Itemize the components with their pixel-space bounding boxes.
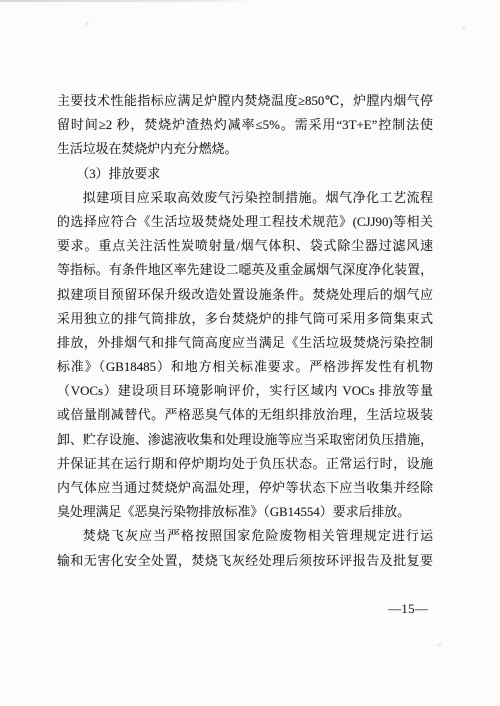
- page-number: —15—: [388, 601, 436, 617]
- scan-speck: [85, 22, 89, 25]
- text-line: 或倍量削减替代。严格恶臭气体的无组织排放治理，生活垃圾装: [57, 403, 433, 427]
- text-line: 排放，外排烟气和排气筒高度应当满足《生活垃圾焚烧污染控制: [57, 331, 433, 355]
- scan-speck: [462, 26, 465, 29]
- text-line: （VOCs）建设项目环境影响评价，实行区域内 VOCs 排放等量: [57, 379, 433, 403]
- text-line: 主要技术性能指标应满足炉膛内焚烧温度≥850℃，炉膛内烟气停: [57, 89, 433, 113]
- section-heading: （3）排放要求: [57, 162, 433, 186]
- text-line: 留时间≥2 秒，焚烧炉渣热灼减率≤5%。需采用“3T+E”控制法使: [57, 113, 433, 137]
- text-line: 的选择应符合《生活垃圾焚烧处理工程技术规范》(CJJ90)等相关: [57, 210, 433, 234]
- text-line: 采用独立的排气筒排放，多台焚烧炉的排气筒可采用多筒集束式: [57, 307, 433, 331]
- text-line: 臭处理满足《恶臭污染物排放标准》（GB14554）要求后排放。: [57, 500, 433, 524]
- text-line: 内气体应当通过焚烧炉高温处理，停炉等状态下应当收集并经除: [57, 476, 433, 500]
- text-line: 输和无害化安全处置，焚烧飞灰经处理后须按环评报告及批复要: [57, 549, 433, 573]
- text-line: 焚烧飞灰应当严格按照国家危险废物相关管理规定进行运: [57, 524, 433, 548]
- text-line: 并保证其在运行期和停炉期均处于负压状态。正常运行时，设施: [57, 452, 433, 476]
- document-page: 主要技术性能指标应满足炉膛内焚烧温度≥850℃，炉膛内烟气停 留时间≥2 秒，焚…: [0, 0, 500, 706]
- text-line: 生活垃圾在焚烧炉内充分燃烧。: [57, 137, 433, 161]
- text-line: 标准》（GB18485）和地方相关标准要求。严格涉挥发性有机物: [57, 355, 433, 379]
- body-text: 主要技术性能指标应满足炉膛内焚烧温度≥850℃，炉膛内烟气停 留时间≥2 秒，焚…: [57, 89, 433, 573]
- text-line: 拟建项目应采取高效废气污染控制措施。烟气净化工艺流程: [57, 186, 433, 210]
- text-line: 卸、贮存设施、渗滤液收集和处理设施等应当采取密闭负压措施，: [57, 428, 433, 452]
- scan-edge-artifact: [0, 0, 252, 2]
- scan-speck: [437, 643, 442, 647]
- text-line: 拟建项目预留环保升级改造处置设施条件。焚烧处理后的烟气应: [57, 283, 433, 307]
- text-line: 等指标。有条件地区率先建设二噁英及重金属烟气深度净化装置，: [57, 258, 433, 282]
- text-line: 要求。重点关注活性炭喷射量/烟气体积、袋式除尘器过滤风速: [57, 234, 433, 258]
